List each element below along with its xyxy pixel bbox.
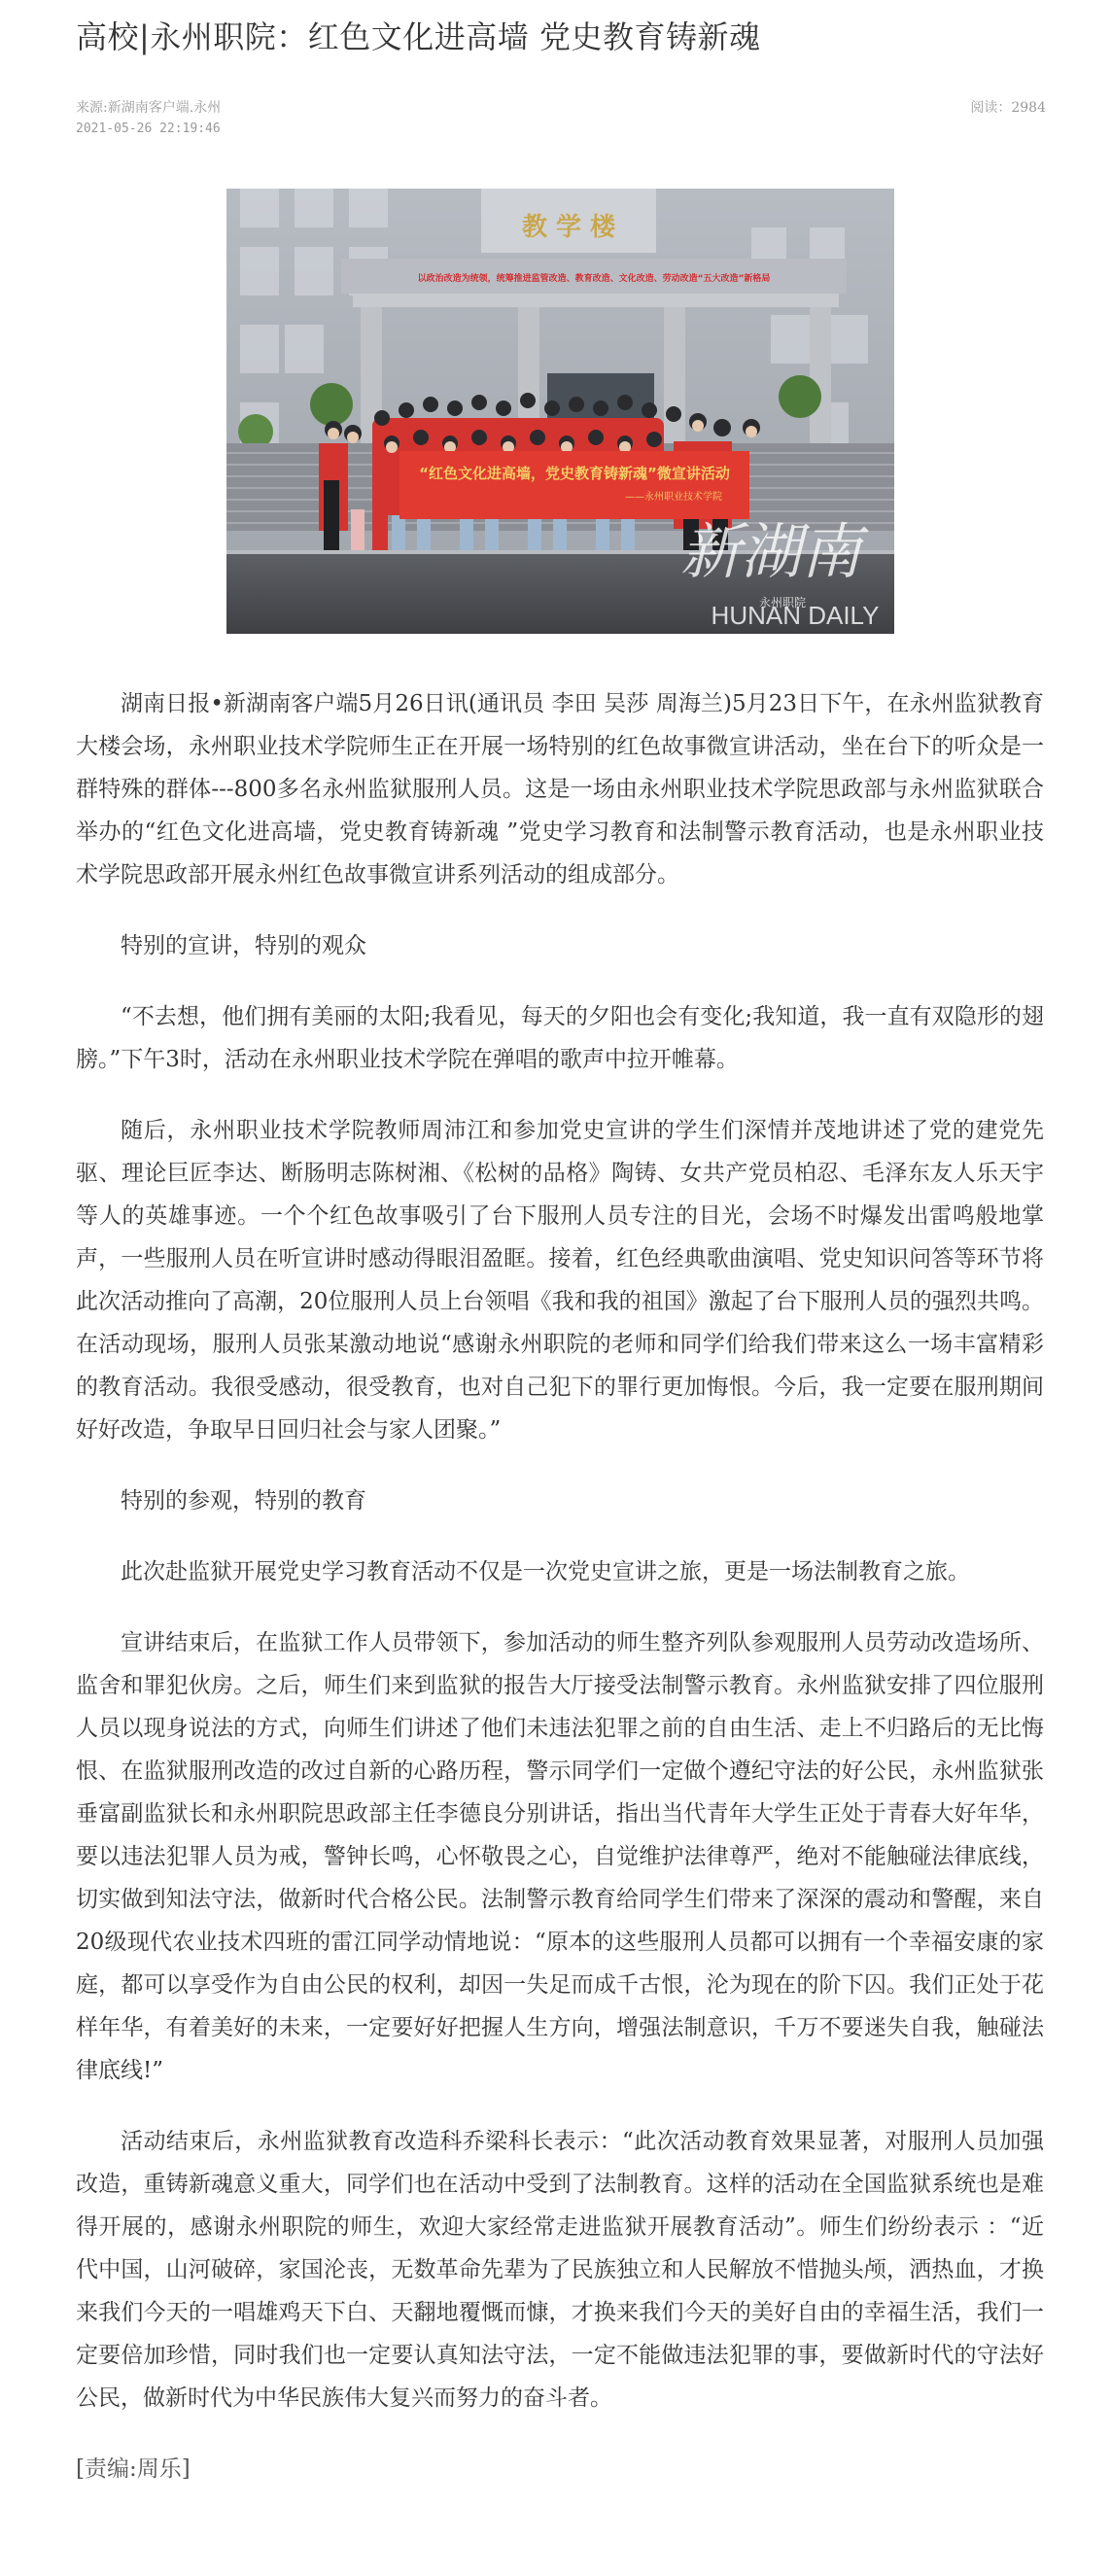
editor-credit: [责编:周乐]	[76, 2448, 1044, 2490]
article-meta: 来源:新湖南客户端.永州 2021-05-26 22:19:46 阅读：2984	[76, 97, 1044, 146]
paragraph: 湖南日报•新湖南客户端5月26日讯(通讯员 李田 吴莎 周海兰)5月23日下午，…	[76, 682, 1044, 896]
read-count-value: 2984	[1011, 100, 1046, 116]
banner-text: “红色文化进高墙，党史教育铸新魂”微宣讲活动	[419, 465, 730, 483]
watermark-logo: 新湖南	[680, 516, 869, 587]
read-count: 阅读：2984	[970, 97, 1046, 119]
article-body: 湖南日报•新湖南客户端5月26日讯(通讯员 李田 吴莎 周海兰)5月23日下午，…	[76, 682, 1044, 2519]
paragraph: 活动结束后，永州监狱教育改造科乔梁科长表示：“此次活动教育效果显著，对服刑人员加…	[76, 2120, 1044, 2419]
paragraph: 此次赴监狱开展党史学习教育活动不仅是一次党史宣讲之旅，更是一场法制教育之旅。	[76, 1550, 1044, 1593]
banner-subtext: ——永州职业技术学院	[625, 490, 722, 503]
article: 高校|永州职院：红色文化进高墙 党史教育铸新魂 来源:新湖南客户端.永州 202…	[76, 0, 1044, 146]
wall-slogan: 以政治改造为统领，统筹推进监管改造、教育改造、文化改造、劳动改造“五大改造”新格…	[418, 272, 771, 284]
watermark-text: HUNAN DAILY	[712, 601, 880, 630]
article-photo: 教 学 楼 以政治改造为统领，统筹推进监管改造、教育改造、文化改造、劳动改造“五…	[226, 189, 894, 634]
section-subheading: 特别的参观，特别的教育	[76, 1479, 1044, 1522]
article-timestamp: 2021-05-26 22:19:46	[76, 119, 1044, 140]
paragraph: 宣讲结束后，在监狱工作人员带领下，参加活动的师生整齐列队参观服刑人员劳动改造场所…	[76, 1621, 1044, 2092]
article-source: 来源:新湖南客户端.永州	[76, 97, 1044, 119]
paragraph: 随后，永州职业技术学院教师周沛江和参加党史宣讲的学生们深情并茂地讲述了党的建党先…	[76, 1109, 1044, 1451]
article-title: 高校|永州职院：红色文化进高墙 党史教育铸新魂	[76, 0, 1044, 58]
paragraph: “不去想，他们拥有美丽的太阳;我看见，每天的夕阳也会有变化;我知道，我一直有双隐…	[76, 995, 1044, 1081]
building-sign: 教 学 楼	[522, 213, 616, 242]
read-count-label: 阅读：	[970, 100, 1011, 116]
section-subheading: 特别的宣讲，特别的观众	[76, 924, 1044, 967]
